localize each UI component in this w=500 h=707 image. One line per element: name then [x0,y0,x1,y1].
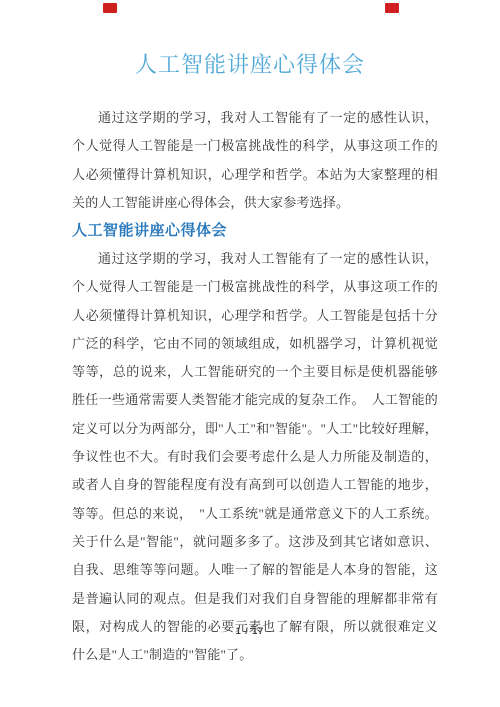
intro-paragraph: 通过这学期的学习，我对人工智能有了一定的感性认识，个人觉得人工智能是一门极富挑战… [72,104,438,217]
document-page: 人工智能讲座心得体会 通过这学期的学习，我对人工智能有了一定的感性认识，个人觉得… [0,0,500,707]
page-number: 1 / 17 [0,626,500,636]
section-heading: 人工智能讲座心得体会 [72,221,227,241]
red-corner-marker-right [385,3,399,13]
section-body-paragraph: 通过这学期的学习，我对人工智能有了一定的感性认识，个人觉得人工智能是一门极富挑战… [72,245,438,669]
document-title: 人工智能讲座心得体会 [0,48,500,79]
red-corner-marker-left [103,3,117,13]
